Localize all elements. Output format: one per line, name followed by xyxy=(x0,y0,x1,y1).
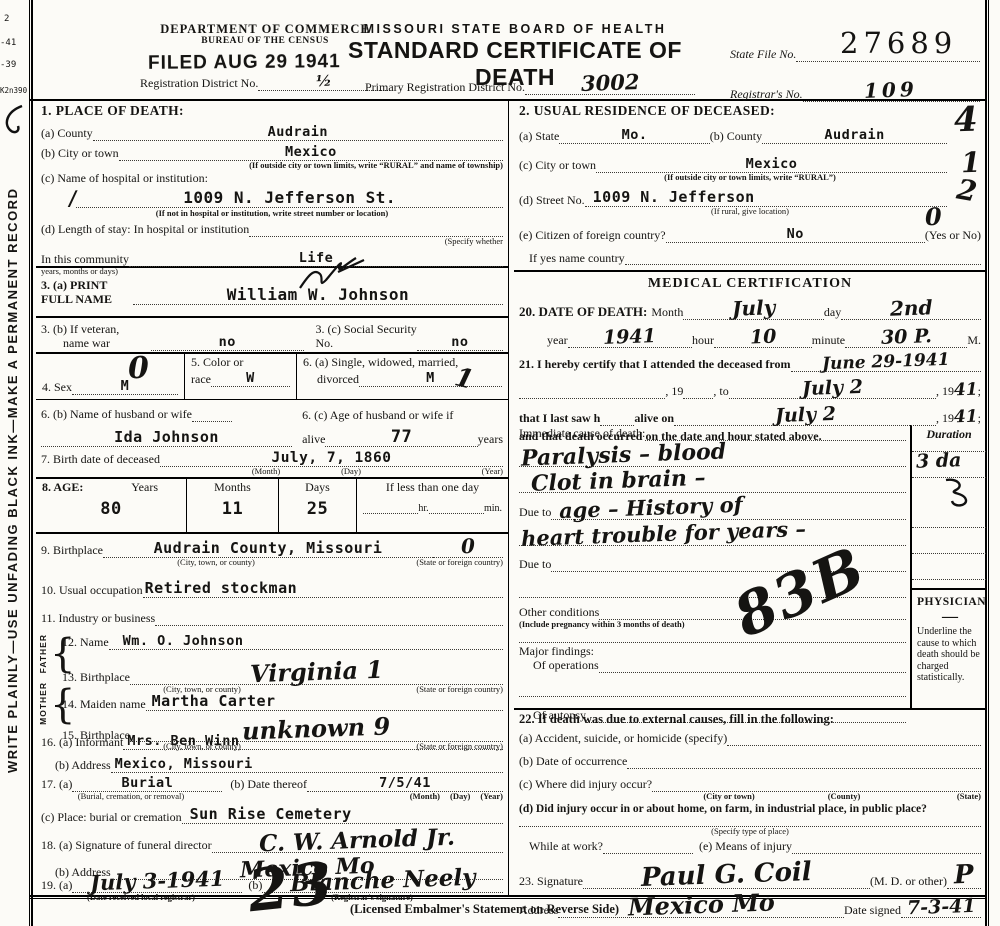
date-signed-value: 7-3-41 xyxy=(906,897,975,918)
age-months-value: 11 xyxy=(193,501,272,518)
physician-title: PHYSICIAN xyxy=(917,596,983,608)
burial-date-label: (b) Date thereof xyxy=(230,778,307,792)
age-years-value: 80 xyxy=(42,501,180,518)
race-label1: 5. Color or xyxy=(191,356,290,370)
mother-name-label: 14. Maiden name xyxy=(62,698,146,712)
birth-date-value: July, 7, 1860 xyxy=(271,450,391,466)
mother-name-value: Martha Carter xyxy=(152,692,276,710)
other-conditions-label: Other conditions xyxy=(519,606,599,620)
burial-date-c3: (Year) xyxy=(480,792,503,801)
section-birth-date: 7. Birth date of deceased July, 7, 1860 … xyxy=(36,448,508,479)
occupation-value: Retired stockman xyxy=(145,579,298,597)
spouse-name-label: 6. (b) Name of husband or wife xyxy=(41,408,192,422)
hospital-value: 1009 N. Jefferson St. xyxy=(183,188,396,207)
certify-19b: , 19 xyxy=(936,385,954,399)
res-county-label: (b) County xyxy=(710,130,762,144)
received-caption: (Date received local registrar) xyxy=(41,893,241,902)
burial-date-c2: (Day) xyxy=(450,792,470,801)
primary-district-line: Primary Registration District No. 3002 xyxy=(365,72,695,95)
certify-19c: , 19 xyxy=(936,412,954,426)
informant-value: Mrs. Ben Winn xyxy=(127,733,239,749)
res-city-caption: (If outside city or town limits, write “… xyxy=(519,173,981,182)
marital-value: M xyxy=(426,370,435,386)
registrar-value: 109 xyxy=(864,79,918,101)
race-label2: race xyxy=(191,373,211,387)
burial-label: 17. (a) xyxy=(41,778,72,792)
ssn-label: 3. (c) Social Security xyxy=(316,323,417,337)
city-label: (b) City or town xyxy=(41,147,119,161)
informant-address-label: (b) Address xyxy=(55,759,111,773)
length-of-stay-label: (d) Length of stay: In hospital or insti… xyxy=(41,223,249,237)
spouse-age-value: 77 xyxy=(391,427,412,447)
birth-month-caption: (Month) xyxy=(221,467,311,476)
primary-district-value: 3002 xyxy=(580,71,639,94)
ssn-value: no xyxy=(451,334,468,350)
pen-flourish xyxy=(938,478,978,508)
alive-on-text: alive on xyxy=(634,412,674,426)
pen-scribble xyxy=(294,254,372,296)
age-years-header: Years xyxy=(131,481,158,495)
burial-caption: (Burial, cremation, or removal) xyxy=(41,792,221,801)
print-label: 3. (a) PRINT xyxy=(41,279,133,293)
father-name-label: 12. Name xyxy=(62,636,109,650)
injury-place-label: (d) Did injury occur in or about home, o… xyxy=(519,803,981,816)
spouse-name-value: Ida Johnson xyxy=(114,428,219,446)
burial-place-value: Sun Rise Cemetery xyxy=(190,805,352,823)
res-city-label: (c) City or town xyxy=(519,159,596,173)
res-country-label: If yes name country xyxy=(529,252,625,266)
section-birthplace: 9. Birthplace Audrain County, Missouri 0… xyxy=(36,534,508,569)
res-state-label: (a) State xyxy=(519,130,559,144)
sex-code: 0 xyxy=(127,354,149,385)
state-file-label: State File No. xyxy=(730,48,796,62)
full-name-label: FULL NAME xyxy=(41,293,133,307)
state-file-line: State File No. xyxy=(730,48,980,62)
dod-hour-value: 10 xyxy=(749,328,776,348)
informant-address-value: Mexico, Missouri xyxy=(115,756,253,772)
section-informant: 16. (a) Informant Mrs. Ben Winn (b) Addr… xyxy=(36,731,508,773)
due-to-1-value: age – History of xyxy=(553,493,743,521)
right-column: 2. USUAL RESIDENCE OF DECEASED: (a) Stat… xyxy=(514,101,986,895)
certify-19a: , 19 xyxy=(665,385,683,399)
last-saw-text: that I last saw h xyxy=(519,412,600,426)
accident-label: (a) Accident, suicide, or homicide (spec… xyxy=(519,732,727,746)
city-value: Mexico xyxy=(285,144,337,160)
res-street-caption: (If rural, give location) xyxy=(519,207,981,216)
board-name: MISSOURI STATE BOARD OF HEALTH xyxy=(320,22,710,36)
injury-state-caption: (State) xyxy=(899,792,981,801)
dod-minute-label: minute xyxy=(812,334,845,348)
county-label: (a) County xyxy=(41,127,93,141)
external-causes-title: 22. If death was due to external causes,… xyxy=(519,712,981,726)
county-value: Audrain xyxy=(268,124,328,140)
section-residence: 2. USUAL RESIDENCE OF DECEASED: (a) Stat… xyxy=(514,101,986,272)
left-column: 1. PLACE OF DEATH: (a) County Audrain (b… xyxy=(36,101,508,895)
injury-city-caption: (City or town) xyxy=(669,792,789,801)
left-border xyxy=(29,0,33,926)
immediate-cause-label: Immediate cause of death: xyxy=(519,427,645,441)
margin-fragment: -41 xyxy=(0,38,16,48)
burial-date-value: 7/5/41 xyxy=(379,775,431,791)
physician-signature-value: Paul G. Coil xyxy=(641,859,813,891)
certify-semi1: ; xyxy=(978,385,981,399)
operations-label: Of operations xyxy=(533,659,599,673)
dod-hour-label: hour xyxy=(692,334,714,348)
dod-year-label: year xyxy=(547,334,568,348)
res-citizen-label: (e) Citizen of foreign country? xyxy=(519,229,666,243)
father-label: FATHER xyxy=(38,634,48,673)
father-brace: { xyxy=(50,637,62,671)
spouse-age-label: 6. (c) Age of husband or wife if xyxy=(302,409,503,423)
md-or-other-label: (M. D. or other) xyxy=(870,875,947,889)
margin-fragment: K2n390 xyxy=(0,86,27,95)
dod-year-value: 1941 xyxy=(603,327,657,348)
injury-county-caption: (County) xyxy=(789,792,899,801)
while-at-work-label: While at work? xyxy=(529,840,603,854)
section-occupation: 10. Usual occupation Retired stockman xyxy=(36,569,508,599)
res-citizen-value: No xyxy=(787,226,804,242)
margin-fragment: -39 xyxy=(0,60,16,70)
res-street-label: (d) Street No. xyxy=(519,194,585,208)
race-value: W xyxy=(246,370,255,386)
duration-value-1: 3 da xyxy=(912,451,962,472)
hospital-caption: (If not in hospital or institution, writ… xyxy=(41,209,503,218)
birthplace-code: 0 xyxy=(461,536,476,556)
code-mark-4: 4 xyxy=(954,103,979,138)
margin-instruction: WRITE PLAINLY—USE UNFADING BLACK INK—MAK… xyxy=(5,130,20,830)
dod-month-value: July xyxy=(732,297,776,318)
res-street-value: 1009 N. Jefferson xyxy=(593,188,755,206)
industry-label: 11. Industry or business xyxy=(41,612,155,626)
margin-fragment: 2 xyxy=(4,14,9,24)
duration-column: Duration 3 da PHYSICIAN — Underline the … xyxy=(910,425,986,708)
burial-value: Burial xyxy=(121,775,173,791)
birthplace-caption1: (City, town, or county) xyxy=(131,558,301,567)
community-label: In this community xyxy=(41,253,129,267)
place-of-death-title: 1. PLACE OF DEATH: xyxy=(41,103,503,119)
section-age: 8. AGE: Years 80 Months 11 Days 25 If le… xyxy=(36,479,508,534)
hospital-label: (c) Name of hospital or institution: xyxy=(41,172,503,186)
code-mark-0: 0 xyxy=(925,205,943,230)
big-code-23: 23 xyxy=(245,854,337,921)
marital-label2: divorced xyxy=(317,373,359,387)
received-date-value: July 3-1941 xyxy=(90,868,225,894)
section-physician-signature: While at work? (e) Means of injury 23. S… xyxy=(514,838,986,895)
burial-place-label: (c) Place: burial or cremation xyxy=(41,811,182,825)
section-parents: FATHER MOTHER { { 12. Name Wm. O. Johnso… xyxy=(36,627,508,731)
birth-year-caption: (Year) xyxy=(391,467,503,476)
section-cause-of-death: Immediate cause of death: Paralysis – bl… xyxy=(514,425,986,710)
certify-semi2: ; xyxy=(978,412,981,426)
dod-month-label: Month xyxy=(651,306,683,320)
registrar-label: Registrar's No. xyxy=(730,88,803,102)
age-label: 8. AGE: xyxy=(42,481,83,495)
age-min-label: min. xyxy=(484,503,502,514)
date-signed-label: Date signed xyxy=(844,904,901,918)
age-months-header: Months xyxy=(193,481,272,495)
section-certify: 21. I hereby certify that I attended the… xyxy=(514,352,986,425)
sex-label: 4. Sex xyxy=(42,381,72,395)
ssn-label2: No. xyxy=(316,337,417,351)
due-to-1-label: Due to xyxy=(519,506,551,520)
dod-label: 20. DATE OF DEATH: xyxy=(519,305,647,320)
certify-text-1: 21. I hereby certify that I attended the… xyxy=(519,358,791,372)
dod-minute-value: 30 P. xyxy=(880,327,931,348)
column-divider xyxy=(508,101,509,895)
section-burial: 17. (a) Burial (b) Date thereof 7/5/41 (… xyxy=(36,773,508,827)
section-full-name: 3. (a) PRINT FULL NAME William W. Johnso… xyxy=(36,268,508,318)
section-spouse: 6. (b) Name of husband or wife Ida Johns… xyxy=(36,400,508,448)
age-lessday-header: If less than one day xyxy=(363,481,502,495)
age-hr-label: hr. xyxy=(418,503,428,514)
section-place-of-death: 1. PLACE OF DEATH: (a) County Audrain (b… xyxy=(36,101,508,268)
section-date-of-death: 20. DATE OF DEATH: Month July day 2nd ye… xyxy=(514,296,986,352)
due-to-2-label: Due to xyxy=(519,558,551,572)
res-state-value: Mo. xyxy=(622,127,648,143)
embalmer-note: (Licensed Embalmer's Statement on Revers… xyxy=(350,902,619,917)
birth-date-label: 7. Birth date of deceased xyxy=(41,453,160,467)
mother-brace: { xyxy=(50,688,62,722)
veteran-label2: name war xyxy=(63,337,151,351)
director-label: 18. (a) Signature of funeral director xyxy=(41,839,212,853)
dod-ampm-label: M. xyxy=(967,334,981,348)
dod-day-value: 2nd xyxy=(890,297,933,318)
section-veteran-ssn: 3. (b) If veteran, name war no 3. (c) So… xyxy=(36,318,508,354)
cause-line-2: Clot in brain – xyxy=(521,467,706,495)
attended-to-value: July 2 xyxy=(802,378,864,399)
hospital-pen-mark: / xyxy=(69,188,77,208)
primary-district-label: Primary Registration District No. xyxy=(365,81,525,95)
registration-district-label: Registration District No. xyxy=(140,77,258,91)
last-saw-value: July 2 xyxy=(774,405,836,426)
veteran-label: 3. (b) If veteran, xyxy=(41,323,151,337)
medical-certification-header: MEDICAL CERTIFICATION xyxy=(514,272,986,296)
res-county-value: Audrain xyxy=(824,127,884,143)
medical-certification-title: MEDICAL CERTIFICATION xyxy=(648,276,852,291)
other-conditions-caption: (Include pregnancy within 3 months of de… xyxy=(519,620,906,629)
age-days-header: Days xyxy=(285,481,350,495)
section-industry: 11. Industry or business xyxy=(36,599,508,627)
birth-day-caption: (Day) xyxy=(311,467,391,476)
spouse-age-label2: alive xyxy=(302,433,325,447)
city-caption: (If outside city or town limits, write “… xyxy=(41,161,503,170)
code-mark-2: 2 xyxy=(954,176,978,207)
last-saw-year: 41 xyxy=(954,409,978,427)
physician-address-value: Mexico Mo xyxy=(627,890,775,919)
filed-stamp: FILED AUG 29 1941 xyxy=(148,51,341,75)
mother-label: MOTHER xyxy=(38,682,48,725)
birthplace-label: 9. Birthplace xyxy=(41,544,103,558)
section-sex-race-marital: 4. Sex M 0 5. Color or race W 6. (a) Sin… xyxy=(36,354,508,400)
means-of-injury-label: (e) Means of injury xyxy=(699,840,792,854)
dod-day-label: day xyxy=(824,306,841,320)
age-days-value: 25 xyxy=(285,501,350,518)
veteran-value: no xyxy=(219,334,236,350)
certify-to: , to xyxy=(713,385,728,399)
attended-to-year: 41 xyxy=(954,382,978,400)
spouse-age-suffix: years xyxy=(478,433,503,447)
burial-date-c1: (Month) xyxy=(410,792,440,801)
section-external-causes: 22. If death was due to external causes,… xyxy=(514,710,986,838)
birthplace-value: Audrain County, Missouri xyxy=(154,539,383,557)
signature-label: 23. Signature xyxy=(519,875,583,889)
injury-where-label: (c) Where did injury occur? xyxy=(519,778,652,792)
occupation-label: 10. Usual occupation xyxy=(41,584,143,598)
registrar-line: Registrar's No. 109 xyxy=(730,80,980,102)
length-of-stay-caption: (Specify whether xyxy=(41,237,503,246)
attended-from-value: June 29-1941 xyxy=(822,352,950,373)
father-birthplace-label: 13. Birthplace xyxy=(62,671,130,685)
birthplace-caption2: (State or foreign country) xyxy=(301,558,503,567)
informant-label: 16. (a) Informant xyxy=(41,736,123,750)
md-or-other-value: P xyxy=(954,861,974,888)
physician-note: Underline the cause to which death shoul… xyxy=(917,626,983,684)
father-bp-caption2: (State or foreign country) xyxy=(272,685,503,694)
injury-place-caption: (Specify type of place) xyxy=(519,827,981,836)
major-findings-label: Major findings: xyxy=(519,645,906,659)
director-signature: C. W. Arnold Jr. xyxy=(259,826,456,856)
residence-title: 2. USUAL RESIDENCE OF DECEASED: xyxy=(519,103,981,119)
occurrence-date-label: (b) Date of occurrence xyxy=(519,755,627,769)
father-birthplace-value: Virginia 1 xyxy=(250,658,384,687)
father-name-value: Wm. O. Johnson xyxy=(123,633,244,649)
death-certificate-scan: 2 -41 -39 K2n390 WRITE PLAINLY—USE UNFAD… xyxy=(0,0,1000,926)
res-city-value: Mexico xyxy=(746,156,798,172)
received-label: 19. (a) xyxy=(41,879,72,893)
